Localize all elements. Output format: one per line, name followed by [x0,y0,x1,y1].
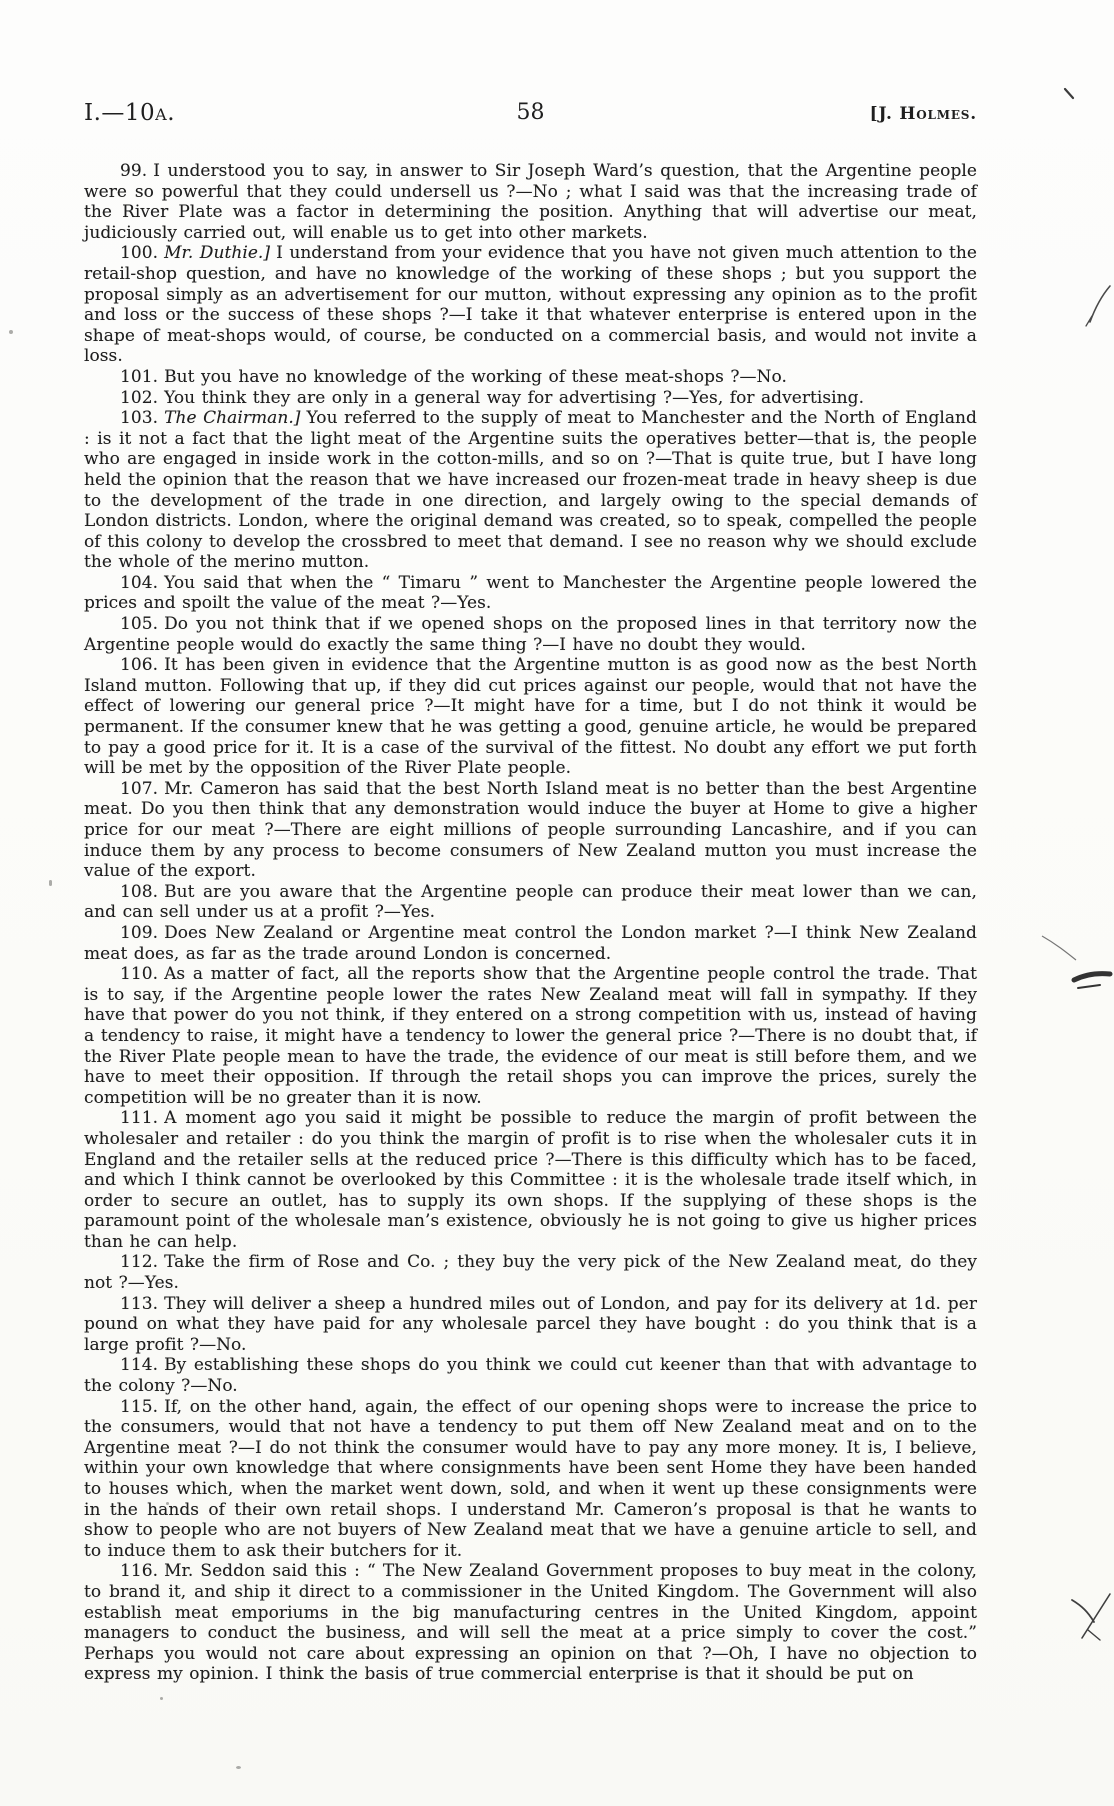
qa-paragraph: 100.Mr. Duthie.]I understand from your e… [84,243,977,367]
page-number: 58 [84,100,977,125]
question-answer-text: A moment ago you said it might be possib… [84,1108,977,1252]
question-answer-text: As a matter of fact, all the reports sho… [84,964,977,1108]
speaker-name: The Chairman.] [164,408,300,428]
question-number: 100. [120,243,158,263]
question-answer-text: Mr. Cameron has said that the best North… [84,779,977,881]
question-number: 107. [120,779,158,799]
pencil-check-squiggle-mark [1068,1590,1114,1662]
question-answer-text: I understood you to say, in answer to Si… [84,161,977,243]
scan-speck [9,330,13,334]
question-number: 115. [120,1397,158,1417]
question-number: 101. [120,367,158,387]
qa-paragraph: 114.By establishing these shops do you t… [84,1355,977,1396]
question-number: 104. [120,573,158,593]
qa-paragraph: 99.I understood you to say, in answer to… [84,161,977,243]
qa-paragraph: 107.Mr. Cameron has said that the best N… [84,779,977,882]
question-answer-text: You said that when the “ Timaru ” went t… [84,573,977,614]
qa-paragraph: 115.If, on the other hand, again, the ef… [84,1397,977,1562]
document-page: I.—10a. 58 [J. Holmes. 99.I understood y… [0,0,1114,1806]
question-number: 109. [120,923,158,943]
question-answer-text: Mr. Seddon said this : “ The New Zealand… [84,1561,977,1684]
qa-paragraph: 110.As a matter of fact, all the reports… [84,964,977,1108]
question-number: 113. [120,1294,158,1314]
question-number: 106. [120,655,158,675]
question-number: 99. [120,161,147,181]
question-number: 102. [120,388,158,408]
qa-paragraph: 108.But are you aware that the Argentine… [84,882,977,923]
pencil-stroke-mark [1084,282,1114,328]
question-answer-text: You referred to the supply of meat to Ma… [84,408,977,572]
question-number: 111. [120,1108,158,1128]
qa-paragraph: 102.You think they are only in a general… [84,388,977,409]
question-number: 105. [120,614,158,634]
page-header: I.—10a. 58 [J. Holmes. [84,100,977,132]
pencil-tick-mark [1062,86,1078,102]
question-number: 116. [120,1561,158,1581]
question-answer-text: They will deliver a sheep a hundred mile… [84,1294,977,1355]
scan-speck [49,880,52,886]
qa-paragraph: 104.You said that when the “ Timaru ” we… [84,573,977,614]
qa-paragraph: 113.They will deliver a sheep a hundred … [84,1294,977,1356]
qa-paragraph: 111.A moment ago you said it might be po… [84,1108,977,1252]
question-number: 112. [120,1252,158,1272]
question-answer-text: But you have no knowledge of the working… [164,367,787,387]
qa-paragraph: 106.It has been given in evidence that t… [84,655,977,779]
question-number: 110. [120,964,158,984]
qa-paragraph: 109.Does New Zealand or Argentine meat c… [84,923,977,964]
question-number: 108. [120,882,158,902]
speaker-name: Mr. Duthie.] [164,243,270,263]
witness-running-head: [J. Holmes. [870,104,977,124]
scan-speck [160,1697,163,1700]
qa-paragraph: 116.Mr. Seddon said this : “ The New Zea… [84,1561,977,1685]
question-answer-text: Does New Zealand or Argentine meat contr… [84,923,977,964]
scan-speck [166,1502,169,1505]
scan-speck [236,1766,241,1769]
question-answer-text: You think they are only in a general way… [164,388,864,408]
question-answer-text: If, on the other hand, again, the effect… [84,1397,977,1561]
question-answer-text: By establishing these shops do you think… [84,1355,977,1396]
testimony-text: 99.I understood you to say, in answer to… [84,161,977,1685]
question-answer-text: But are you aware that the Argentine peo… [84,882,977,923]
qa-paragraph: 105.Do you not think that if we opened s… [84,614,977,655]
question-answer-text: Take the firm of Rose and Co. ; they buy… [84,1252,977,1293]
question-number: 103. [120,408,158,428]
qa-paragraph: 112.Take the firm of Rose and Co. ; they… [84,1252,977,1293]
qa-paragraph: 101.But you have no knowledge of the wor… [84,367,977,388]
pencil-squiggle-arrow-mark [1040,928,1114,1000]
question-number: 114. [120,1355,158,1375]
question-answer-text: It has been given in evidence that the A… [84,655,977,778]
question-answer-text: Do you not think that if we opened shops… [84,614,977,655]
qa-paragraph: 103.The Chairman.]You referred to the su… [84,408,977,573]
